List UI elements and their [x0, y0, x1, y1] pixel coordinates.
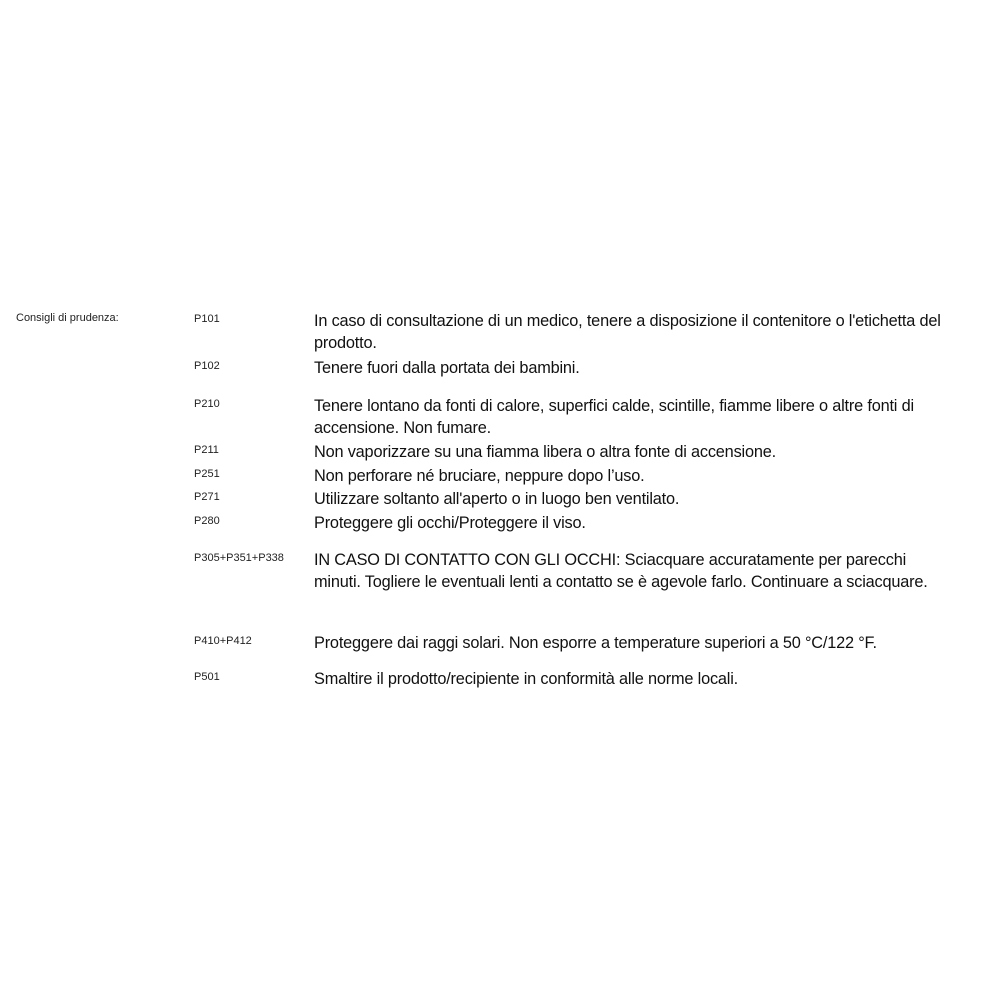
statement-text: Non vaporizzare su una fiamma libera o a… — [314, 441, 967, 463]
section-label: Consigli di prudenza: — [16, 312, 119, 324]
statement-code: P501 — [194, 671, 220, 683]
statement-text: Utilizzare soltanto all'aperto o in luog… — [314, 488, 967, 510]
statement-code: P305+P351+P338 — [194, 552, 284, 564]
statement-code: P251 — [194, 468, 220, 480]
statement-code: P271 — [194, 491, 220, 503]
statement-text: Proteggere gli occhi/Proteggere il viso. — [314, 512, 967, 534]
statement-text: Non perforare né bruciare, neppure dopo … — [314, 465, 967, 487]
statement-text: IN CASO DI CONTATTO CON GLI OCCHI: Sciac… — [314, 549, 938, 593]
statement-code: P102 — [194, 360, 220, 372]
statement-text: Tenere fuori dalla portata dei bambini. — [314, 357, 967, 379]
statement-text: In caso di consultazione di un medico, t… — [314, 310, 967, 354]
statement-text: Smaltire il prodotto/recipiente in confo… — [314, 668, 967, 690]
statement-text: Proteggere dai raggi solari. Non esporre… — [314, 632, 986, 654]
statement-code: P210 — [194, 398, 220, 410]
statement-code: P410+P412 — [194, 635, 252, 647]
statement-code: P280 — [194, 515, 220, 527]
statement-text: Tenere lontano da fonti di calore, super… — [314, 395, 967, 439]
statement-code: P211 — [194, 444, 219, 456]
statement-code: P101 — [194, 313, 220, 325]
